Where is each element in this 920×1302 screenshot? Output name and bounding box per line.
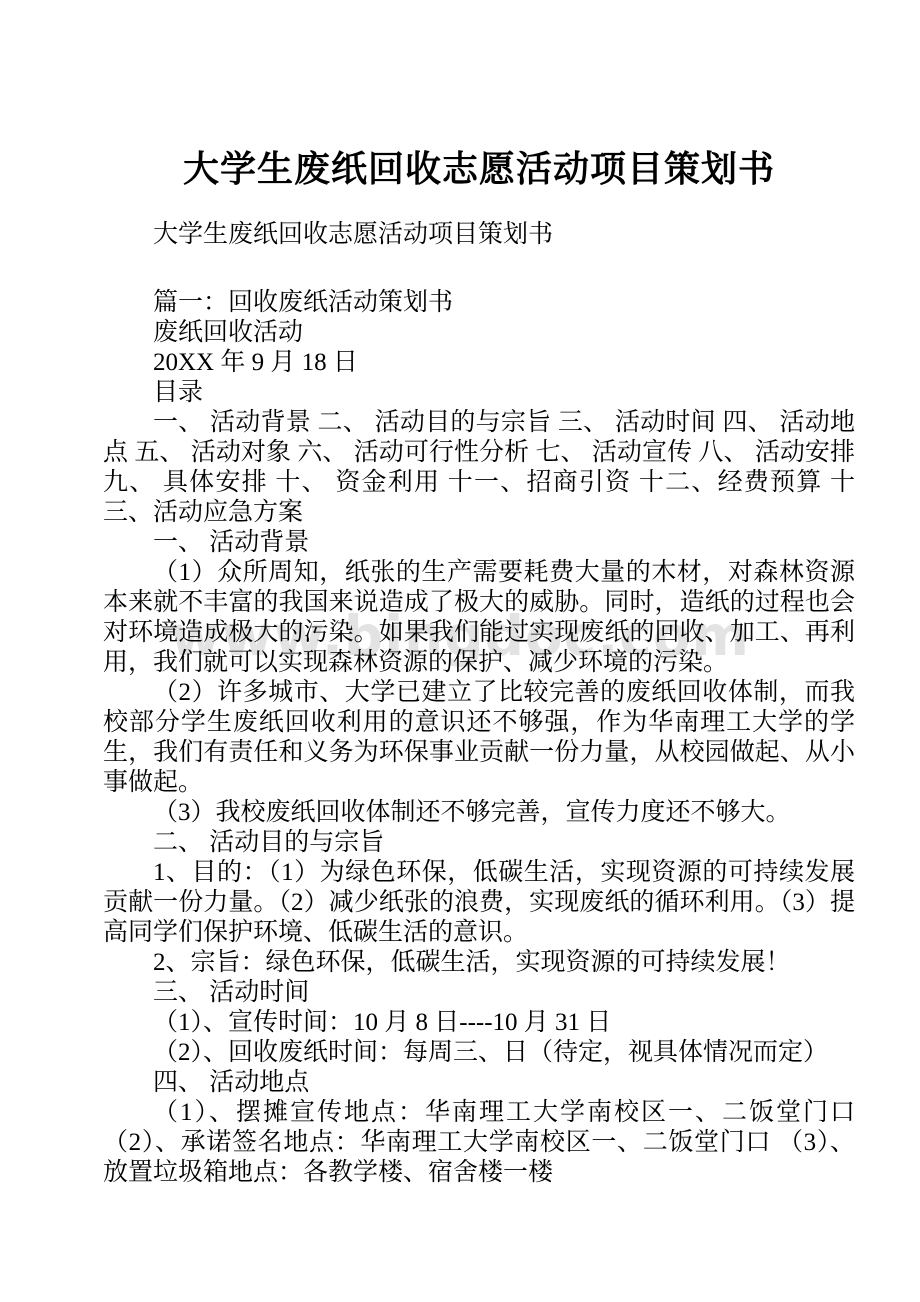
- paragraph-section-label: 篇一：回收废纸活动策划书: [103, 288, 855, 318]
- paragraph-principle: 2、宗旨：绿色环保，低碳生活，实现资源的可持续发展！: [103, 948, 855, 978]
- paragraph-location: （1）、摆摊宣传地点：华南理工大学南校区一、二饭堂门口 （2）、承诺签名地点：华…: [103, 1098, 855, 1188]
- paragraph-background-2: （2）许多城市、大学已建立了比较完善的废纸回收体制，而我校部分学生废纸回收利用的…: [103, 678, 855, 798]
- paragraph-toc-heading: 目录: [103, 378, 855, 408]
- paragraph-heading-3: 三、 活动时间: [103, 978, 855, 1008]
- paragraph-blank: [103, 250, 855, 288]
- paragraph-time-2: （2）、回收废纸时间：每周三、日（待定，视具体情况而定）: [103, 1038, 855, 1068]
- paragraph-background-3: （3）我校废纸回收体制还不够完善，宣传力度还不够大。: [103, 798, 855, 828]
- paragraph-heading-4: 四、 活动地点: [103, 1068, 855, 1098]
- document-content: 大学生废纸回收志愿活动项目策划书 大学生废纸回收志愿活动项目策划书 篇一：回收废…: [103, 146, 855, 1188]
- paragraph-date: 20XX 年 9 月 18 日: [103, 348, 855, 378]
- document-title: 大学生废纸回收志愿活动项目策划书: [103, 146, 855, 192]
- paragraph-heading-2: 二、 活动目的与宗旨: [103, 828, 855, 858]
- document-page: www.bingdoc.com 大学生废纸回收志愿活动项目策划书 大学生废纸回收…: [0, 0, 920, 1302]
- paragraph-heading-1: 一、 活动背景: [103, 528, 855, 558]
- paragraph-background-1: （1）众所周知，纸张的生产需要耗费大量的木材，对森林资源本来就不丰富的我国来说造…: [103, 558, 855, 678]
- paragraph-purpose: 1、目的：（1）为绿色环保，低碳生活，实现资源的可持续发展贡献一份力量。（2）减…: [103, 858, 855, 948]
- paragraph-activity-name: 废纸回收活动: [103, 318, 855, 348]
- paragraph-toc-list: 一、 活动背景 二、 活动目的与宗旨 三、 活动时间 四、 活动地点 五、 活动…: [103, 408, 855, 528]
- paragraph-time-1: （1）、宣传时间：10 月 8 日----10 月 31 日: [103, 1008, 855, 1038]
- paragraph-subtitle: 大学生废纸回收志愿活动项目策划书: [103, 220, 855, 250]
